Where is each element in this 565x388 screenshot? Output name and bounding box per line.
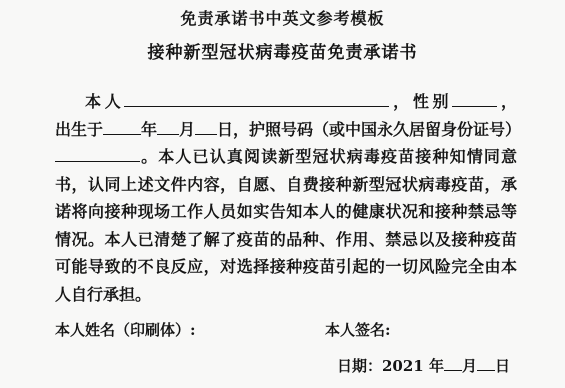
- body-line-6: 情况。本人已清楚了解了疫苗的品种、作用、禁忌以及接种疫苗: [55, 226, 517, 254]
- body-line-1: 本人，性别，: [55, 88, 517, 116]
- gender-blank-field: [452, 104, 497, 107]
- date-day-label: 日: [495, 357, 510, 375]
- document-subtitle: 接种新型冠状病毒疫苗免责承诺书: [0, 38, 565, 63]
- date-month-blank-field: [444, 368, 462, 371]
- passport-number-blank-field: [55, 159, 140, 162]
- line2-prefix: 出生于: [55, 120, 103, 139]
- body-line-8: 人自行承担。: [55, 281, 517, 309]
- body-line-2: 出生于年月日，护照号码（或中国永久居留身份证号）: [55, 116, 517, 144]
- document-page: 免责承诺书中英文参考模板 接种新型冠状病毒疫苗免责承诺书 本人，性别， 出生于年…: [0, 0, 565, 388]
- date-day-blank-field: [477, 368, 495, 371]
- name-blank-field: [124, 104, 389, 107]
- document-body: 本人，性别， 出生于年月日，护照号码（或中国永久居留身份证号） 。本人已认真阅读…: [55, 88, 517, 308]
- birth-year-blank-field: [103, 132, 141, 135]
- line1-gender-label: ，性别: [389, 92, 452, 111]
- date-month-label: 月: [462, 357, 477, 375]
- body-line-7: 可能导致的不良反应，对选择接种疫苗引起的一切风险完全由本: [55, 253, 517, 281]
- body-line-4: 书，认同上述文件内容，自愿、自费接种新型冠状病毒疫苗，承: [55, 171, 517, 199]
- line1-comma: ，: [497, 92, 517, 111]
- birth-day-blank-field: [195, 132, 217, 135]
- body-line-3: 。本人已认真阅读新型冠状病毒疫苗接种知情同意: [55, 143, 517, 171]
- printed-name-label: 本人姓名（印刷体）:: [55, 320, 196, 340]
- date-prefix: 日期：2021 年: [337, 357, 444, 375]
- line1-prefix: 本人: [85, 92, 124, 111]
- signature-label: 本人签名:: [325, 320, 391, 340]
- line3-text: 。本人已认真阅读新型冠状病毒疫苗接种知情同意: [140, 147, 517, 166]
- body-line-5: 诺将向接种现场工作人员如实告知本人的健康状况和接种禁忌等: [55, 198, 517, 226]
- document-title: 免责承诺书中英文参考模板: [0, 6, 565, 29]
- birth-month-blank-field: [157, 132, 179, 135]
- line2-passport-text: 日，护照号码（或中国永久居留身份证号）: [217, 120, 521, 139]
- line2-month-label: 月: [179, 120, 195, 139]
- date-line: 日期：2021 年月日: [337, 356, 510, 376]
- line2-year-label: 年: [141, 120, 157, 139]
